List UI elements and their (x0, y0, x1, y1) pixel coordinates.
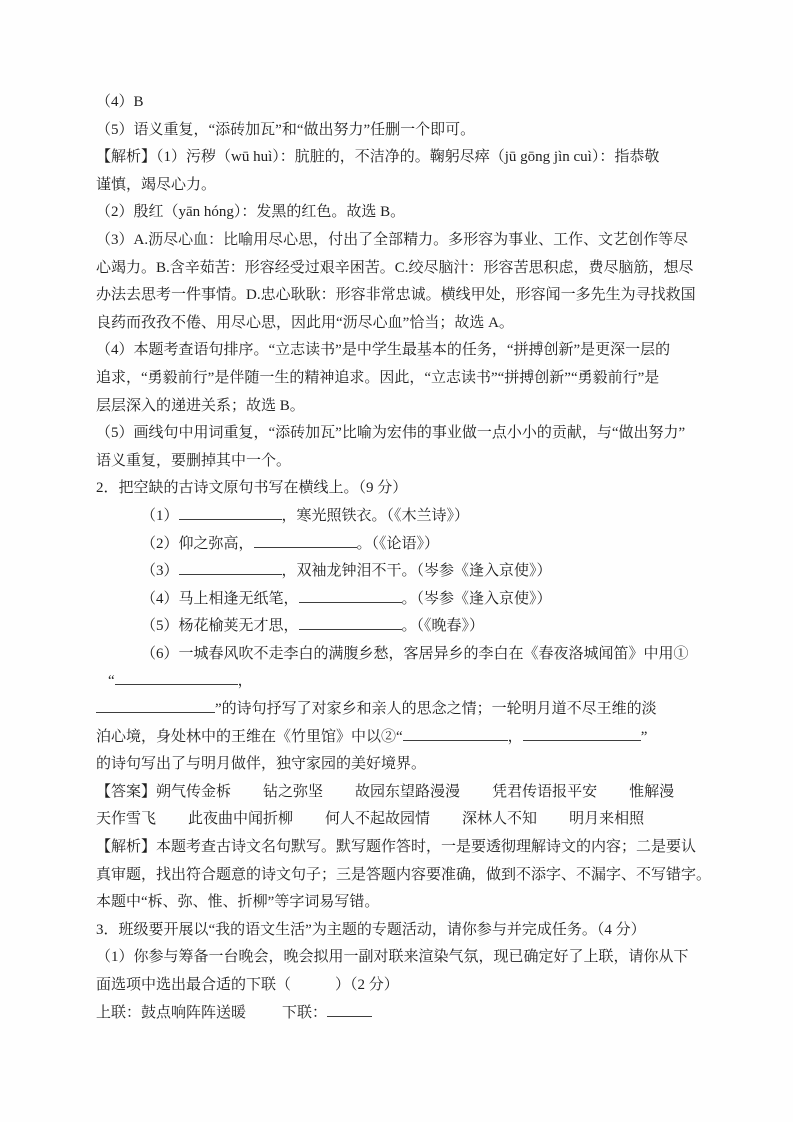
comma: ， (238, 673, 253, 689)
open-quote: “ (108, 673, 115, 689)
answer-phrase: 凭君传语报平安 (492, 784, 597, 800)
question2-title: 2．把空缺的古诗文原句书写在横线上。（9 分） (96, 475, 686, 503)
answer-phrase: 朔气传金柝 (156, 784, 231, 800)
answer-phrase: 此夜曲中闻折柳 (188, 811, 293, 827)
q2-item-1-pre: （1） (141, 508, 179, 524)
couplet-lower-label: 下联： (282, 1005, 327, 1021)
analysis1-line: 追求，“勇毅前行”是伴随一生的精神追求。因此，“立志读书”“拼搏创新”“勇毅前行… (96, 365, 686, 393)
q2-analysis-line: 【解析】本题考查古诗文名句默写。默写题作答时，一是要透彻理解诗文的内容；二是要认 (96, 834, 686, 862)
q2-item-2-post: 。（《论语》） (357, 536, 440, 552)
q2-item-4: （4）马上相逢无纸笔，。（岑参《逢入京使》） (96, 586, 686, 614)
fill-blank-underline (299, 589, 402, 603)
q2-item-6-line3-text: ”的诗句抒写了对家乡和亲人的思念之情；一轮明月道不尽王维的淡 (215, 701, 657, 717)
q3-task-line1: （1）你参与筹备一台晚会，晚会拟用一副对联来渲染气氛，现已确定好了上联，请你从下 (96, 944, 686, 972)
q2-item-2-pre: （2）仰之弥高， (141, 536, 254, 552)
q2-item-2: （2）仰之弥高，。（《论语》） (96, 531, 686, 559)
document-text-block: （4）B （5）语义重复，“添砖加瓦”和“做出努力”任删一个即可。 【解析】（1… (96, 89, 686, 1027)
fill-blank-underline (179, 561, 282, 575)
analysis1-line: （5）画线句中用词重复，“添砖加瓦”比喻为宏伟的事业做一点小小的贡献，与“做出努… (96, 420, 686, 448)
q3-choice-pre: 面选项中选出最合适的下联（ (96, 977, 291, 993)
q2-item-5-pre: （5）杨花榆荚无才思， (141, 618, 299, 634)
close-quote: ” (641, 729, 648, 745)
q2-item-3-pre: （3） (141, 563, 179, 579)
fill-blank-underline (179, 506, 282, 520)
fill-blank-underline (523, 727, 641, 741)
answer-phrase: 故园东望路漫漫 (355, 784, 460, 800)
q2-item-6-line4: 泊心境，身处林中的王维在《竹里馆》中以②“，” (96, 724, 686, 752)
answer-phrase: 深林人不知 (462, 811, 537, 827)
analysis1-line: （4）本题考查语句排序。“立志读书”是中学生最基本的任务，“拼搏创新”是更深一层… (96, 337, 686, 365)
answer-label: 【答案】 (96, 784, 156, 800)
fill-blank-underline (254, 534, 357, 548)
q2-answer-row-1: 【答案】朔气传金柝钻之弥坚故园东望路漫漫凭君传语报平安惟解漫 (96, 779, 686, 807)
top-answer-line-4: （4）B (96, 89, 686, 117)
analysis1-line: 办法去思考一件事情。D.忠心耿耿：形容非常忠诚。横线甲处，形容闻一多先生为寻找救… (96, 282, 686, 310)
question3-title: 3．班级要开展以“我的语文生活”为主题的专题活动，请你参与并完成任务。（4 分） (96, 917, 686, 945)
answer-phrase: 钻之弥坚 (263, 784, 323, 800)
comma: ， (508, 729, 523, 745)
fill-blank-underline (327, 1003, 372, 1017)
q2-answer-row-2: 天作雪飞此夜曲中闻折柳何人不起故园情深林人不知明月来相照 (96, 806, 686, 834)
q2-item-3: （3），双袖龙钟泪不干。（岑参《逢入京使》） (96, 558, 686, 586)
fill-blank-underline (115, 671, 238, 685)
q2-item-5-post: 。（《晚春》） (402, 618, 485, 634)
q2-item-1-post: ，寒光照铁衣。（《木兰诗》） (282, 508, 470, 524)
q2-item-3-post: ，双袖龙钟泪不干。（岑参《逢入京使》） (282, 563, 552, 579)
q2-item-4-post: 。（岑参《逢入京使》） (402, 591, 552, 607)
fill-blank-underline (403, 727, 508, 741)
fill-blank-underline (299, 616, 402, 630)
analysis1-line: 心竭力。B.含辛茹苦：形容经受过艰辛困苦。C.绞尽脑汁：形容苦思积虑，费尽脑筋，… (96, 255, 686, 283)
q2-item-6-line5: 的诗句写出了与明月做伴，独守家园的美好境界。 (96, 751, 686, 779)
q2-item-1: （1），寒光照铁衣。（《木兰诗》） (96, 503, 686, 531)
q3-choice-line: 面选项中选出最合适的下联（）（2 分） (96, 972, 686, 1000)
q2-item-4-pre: （4）马上相逢无纸笔， (141, 591, 299, 607)
couplet-upper: 上联：鼓点响阵阵送暖 (96, 1005, 246, 1021)
answer-phrase: 天作雪飞 (96, 811, 156, 827)
exam-document-page: （4）B （5）语义重复，“添砖加瓦”和“做出努力”任删一个即可。 【解析】（1… (0, 0, 793, 1122)
q2-item-5: （5）杨花榆荚无才思，。（《晚春》） (96, 613, 686, 641)
q2-analysis-line: 真审题，找出符合题意的诗文句子；三是答题内容要准确，做到不添字、不漏字、不写错字… (96, 862, 686, 890)
analysis1-line: 谨慎，竭尽心力。 (96, 172, 686, 200)
answer-phrase: 明月来相照 (569, 811, 644, 827)
answer-phrase: 何人不起故园情 (325, 811, 430, 827)
q2-analysis-line: 本题中“柝、弥、惟、折柳”等字词易写错。 (96, 889, 686, 917)
q2-item-6-line3: ”的诗句抒写了对家乡和亲人的思念之情；一轮明月道不尽王维的淡 (96, 696, 686, 724)
top-answer-line-5: （5）语义重复，“添砖加瓦”和“做出努力”任删一个即可。 (96, 117, 686, 145)
analysis1-line: 语义重复，要删掉其中一个。 (96, 448, 686, 476)
analysis1-line: （2）殷红（yān hóng）：发黑的红色。故选 B。 (96, 199, 686, 227)
couplet-line: 上联：鼓点响阵阵送暖下联： (96, 1000, 686, 1028)
q2-item-6-line2: “， (96, 668, 686, 696)
analysis1-line: （3）A.沥尽心血：比喻用尽心思，付出了全部精力。多形容为事业、工作、文艺创作等… (96, 227, 686, 255)
fill-blank-underline (96, 699, 215, 713)
q3-choice-post: ）（2 分） (335, 977, 399, 993)
analysis1-line: 良药而孜孜不倦、用尽心思，因此用“沥尽心血”恰当；故选 A。 (96, 310, 686, 338)
q2-item-6-line4-pre: 泊心境，身处林中的王维在《竹里馆》中以②“ (96, 729, 403, 745)
analysis1-line: 【解析】（1）污秽（wū huì）：肮脏的，不洁净的。鞠躬尽瘁（jū gōng … (96, 144, 686, 172)
analysis1-line: 层层深入的递进关系；故选 B。 (96, 393, 686, 421)
answer-phrase: 惟解漫 (629, 784, 674, 800)
q2-item-6-line1: （6）一城春风吹不走李白的满腹乡愁，客居异乡的李白在《春夜洛城闻笛》中用① (96, 641, 686, 669)
